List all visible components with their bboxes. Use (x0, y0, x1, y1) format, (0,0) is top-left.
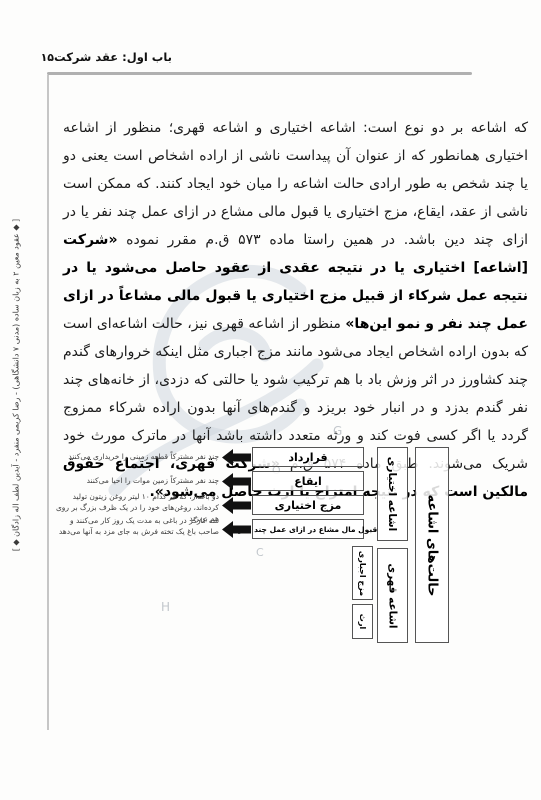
example-note-accepting-joint-property: سه کارگر در باغی به مدت یک روز کار می‌کن… (51, 515, 219, 537)
voluntary-group-box: اشاعه اختیاری (377, 447, 408, 541)
left-arrow-icon (222, 521, 251, 538)
item-box-accepting-joint-property: قبول مال مشاع در ازای عمل چند نفر (252, 519, 364, 539)
item-label: مزج اختیاری (275, 499, 342, 512)
item-label: ایقاع (294, 475, 321, 488)
item-box-inheritance: ارث (352, 604, 373, 639)
diagram-root-label: حالت‌های اشاعه (425, 494, 440, 596)
example-note-contract: چند نفر مشترکاً قطعه زمینی را خریداری می… (54, 451, 219, 462)
item-label: قبول مال مشاع در ازای عمل چند نفر (239, 525, 378, 534)
spine-book-title: [ ◆ عقود معین ۲ به زبان ساده (مدنی ۷ دان… (12, 219, 21, 551)
paragraph-segment: که اشاعه بر دو نوع است: اشاعه اختیاری و … (63, 120, 528, 248)
item-label: قرارداد (288, 451, 327, 464)
running-head: باب اول: عقد شرکت ۱۵ (60, 50, 172, 64)
example-note-unilateral-act: چند نفر مشترکاً زمین موات را احیا می‌کنن… (54, 475, 219, 486)
chapter-title: باب اول: عقد شرکت (54, 50, 172, 64)
book-page: G O C H باب اول: عقد شرکت ۱۵ [ ◆ عقود مع… (0, 0, 541, 800)
voluntary-group-label: اشاعه اختیاری (387, 457, 399, 531)
left-arrow-icon (222, 497, 251, 514)
watermark-letter: H (161, 600, 170, 614)
watermark-letter: C (256, 546, 264, 559)
compulsory-group-box: اشاعه قهری (377, 548, 408, 643)
left-arrow-icon (222, 449, 251, 466)
item-box-forced-mixing: مزج اجباری (352, 546, 373, 600)
compulsory-group-label: اشاعه قهری (387, 563, 399, 628)
left-arrow-icon (222, 473, 251, 490)
page-number: ۱۵ (41, 51, 54, 64)
item-box-unilateral-act: ایقاع (252, 471, 364, 491)
item-box-voluntary-mixing: مزج اختیاری (252, 495, 364, 515)
diagram-root-box: حالت‌های اشاعه (415, 447, 449, 643)
margin-rule (47, 75, 49, 730)
item-label: ارث (358, 614, 367, 629)
item-label: مزج اجباری (358, 550, 367, 595)
item-box-contract: قرارداد (252, 447, 364, 467)
header-rule (47, 72, 472, 75)
